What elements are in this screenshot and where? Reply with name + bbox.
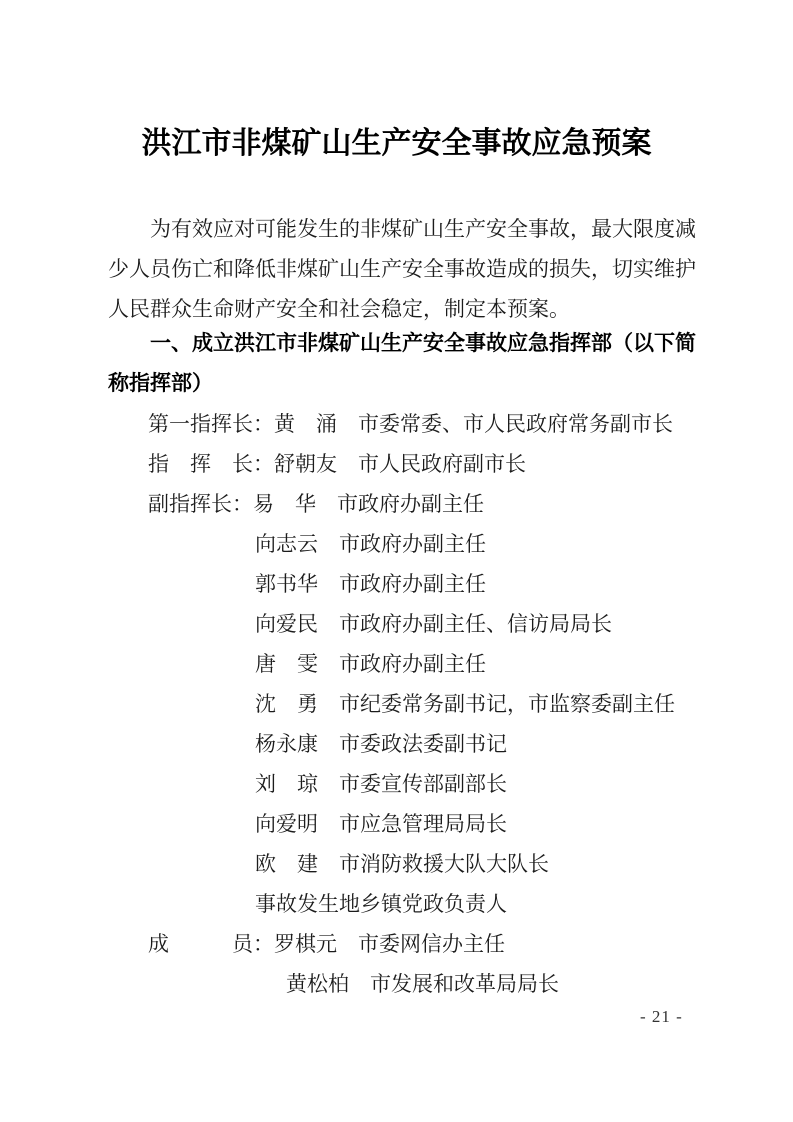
roster-line: 成 员：罗棋元 市委网信办主任 (108, 924, 733, 964)
paragraph-line: 少人员伤亡和降低非煤矿山生产安全事故造成的损失，切实维护 (108, 249, 733, 289)
roster-line: 第一指挥长：黄 涌 市委常委、市人民政府常务副市长 (108, 404, 733, 444)
intro-paragraph: 为有效应对可能发生的非煤矿山生产安全事故，最大限度减 少人员伤亡和降低非煤矿山生… (108, 209, 733, 329)
paragraph-line: 人民群众生命财产安全和社会稳定，制定本预案。 (108, 289, 733, 329)
roster-line: 唐 雯 市政府办副主任 (108, 644, 733, 684)
roster-line: 郭书华 市政府办副主任 (108, 564, 733, 604)
roster-line: 副指挥长：易 华 市政府办副主任 (108, 484, 733, 524)
roster-line: 杨永康 市委政法委副书记 (108, 724, 733, 764)
page-number: - 21 - (640, 1004, 683, 1030)
document-page: 洪江市非煤矿山生产安全事故应急预案 为有效应对可能发生的非煤矿山生产安全事故，最… (0, 0, 793, 1122)
document-title: 洪江市非煤矿山生产安全事故应急预案 (0, 121, 793, 167)
roster-line: 向爱民 市政府办副主任、信访局局长 (108, 604, 733, 644)
roster-line: 沈 勇 市纪委常务副书记，市监察委副主任 (108, 684, 733, 724)
section-heading: 一、成立洪江市非煤矿山生产安全事故应急指挥部（以下简 称指挥部） (108, 324, 733, 404)
heading-line: 一、成立洪江市非煤矿山生产安全事故应急指挥部（以下简 (108, 324, 733, 364)
roster-line: 向爱明 市应急管理局局长 (108, 804, 733, 844)
roster-line: 黄松柏 市发展和改革局局长 (108, 964, 733, 1004)
roster-line: 欧 建 市消防救援大队大队长 (108, 844, 733, 884)
paragraph-line: 为有效应对可能发生的非煤矿山生产安全事故，最大限度减 (108, 209, 733, 249)
roster-line: 事故发生地乡镇党政负责人 (108, 884, 733, 924)
roster-line: 刘 琼 市委宣传部副部长 (108, 764, 733, 804)
roster-list: 第一指挥长：黄 涌 市委常委、市人民政府常务副市长 指 挥 长：舒朝友 市人民政… (108, 404, 733, 1004)
roster-line: 指 挥 长：舒朝友 市人民政府副市长 (108, 444, 733, 484)
heading-line: 称指挥部） (108, 364, 733, 404)
roster-line: 向志云 市政府办副主任 (108, 524, 733, 564)
